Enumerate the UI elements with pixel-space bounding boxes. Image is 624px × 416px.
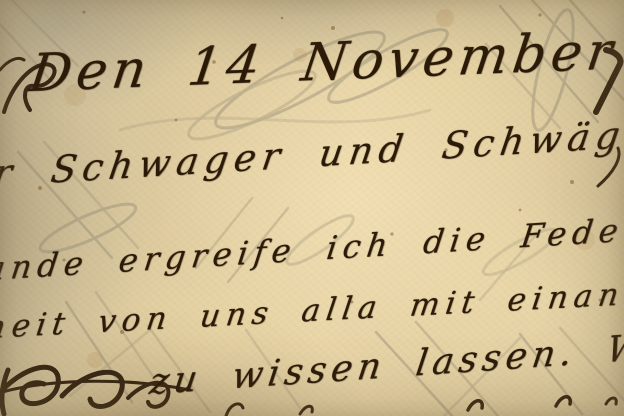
ink-flourishes [0, 50, 620, 416]
handwritten-letter-scan: Den 14 November 184 r Schwager und Schwä… [0, 0, 624, 416]
ink-flourishes-layer [0, 0, 624, 416]
